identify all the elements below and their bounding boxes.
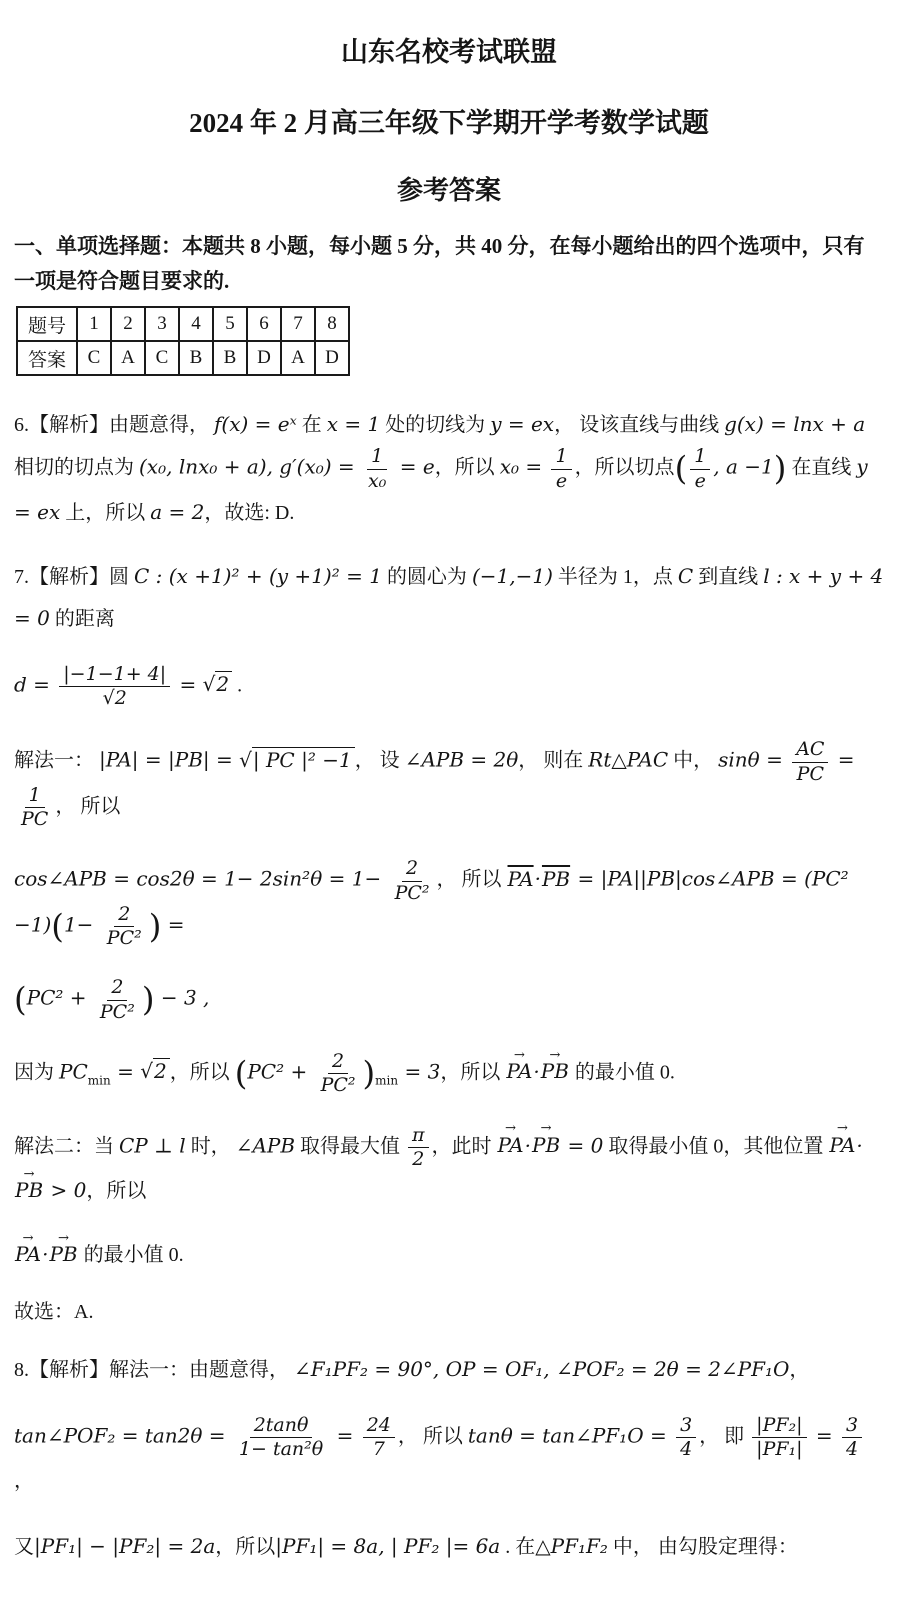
fraction-denominator: e bbox=[691, 470, 710, 492]
math-run: (−1,−1) bbox=[472, 564, 553, 588]
answer-cell: A bbox=[111, 341, 145, 375]
answer-cell: C bbox=[145, 341, 179, 375]
q7-answer-choice: 故选：A. bbox=[14, 1284, 884, 1341]
text-run: 又 bbox=[14, 1536, 34, 1558]
fraction-denominator: PC² bbox=[103, 927, 146, 949]
fraction-numerator: 1 bbox=[551, 446, 571, 469]
text-run: 上，所以 bbox=[60, 502, 150, 524]
text-run: 7.【解析】圆 bbox=[14, 566, 134, 588]
text-run: . 在 bbox=[500, 1536, 535, 1558]
q6-solution: 6.【解析】由题意得， f(x) = eˣ 在 x = 1 处的切线为 y = … bbox=[14, 390, 884, 548]
vector-pb: PB bbox=[542, 867, 570, 891]
fraction: 2PC² bbox=[391, 858, 434, 904]
row-label-answer: 答案 bbox=[17, 341, 77, 375]
math-run: > 0 bbox=[44, 1178, 86, 1202]
text-run: 在直线 bbox=[786, 457, 856, 479]
text-run: 的最小值 0. bbox=[570, 1061, 675, 1083]
text-run: 解法一： bbox=[14, 750, 99, 772]
fraction: 1x₀ bbox=[364, 446, 390, 492]
vector-pa: PA bbox=[498, 1125, 524, 1166]
text-run: 故选：A. bbox=[14, 1301, 93, 1323]
table-row-answers: 答案 C A C B B D A D bbox=[17, 341, 349, 375]
fraction: |−1−1+ 4|√2 bbox=[59, 664, 170, 710]
fraction-denominator: 4 bbox=[842, 1438, 862, 1460]
dot-operator: · bbox=[533, 1059, 539, 1083]
math-run: PC bbox=[59, 1059, 88, 1083]
fraction-denominator: PC bbox=[17, 808, 52, 830]
open-paren: ( bbox=[235, 1055, 248, 1093]
fraction-denominator: x₀ bbox=[364, 470, 390, 492]
subscript-min: min bbox=[88, 1073, 111, 1087]
close-paren: ) bbox=[149, 908, 162, 946]
text-run: ， bbox=[789, 1359, 809, 1381]
math-run: = bbox=[831, 748, 854, 772]
answer-cell: A bbox=[281, 341, 315, 375]
fraction: π2 bbox=[408, 1125, 429, 1171]
question-number: 4 bbox=[179, 307, 213, 341]
text-run: . bbox=[232, 674, 242, 696]
vector-pa: PA bbox=[506, 1051, 532, 1092]
text-run: 的距离 bbox=[50, 608, 115, 630]
fraction-numerator: 2 bbox=[107, 977, 127, 1000]
text-run: 相切的切点为 bbox=[14, 457, 139, 479]
fraction-denominator: √2 bbox=[99, 687, 131, 709]
fraction-numerator: 1 bbox=[367, 446, 387, 469]
q7-method2-line2: PA·PB 的最小值 0. bbox=[14, 1226, 884, 1284]
fraction: |PF₂||PF₁| bbox=[752, 1415, 806, 1461]
fraction-numerator: 3 bbox=[676, 1415, 696, 1438]
fraction: 247 bbox=[363, 1415, 395, 1461]
dot-operator: · bbox=[856, 1133, 862, 1157]
fraction: 34 bbox=[842, 1415, 862, 1461]
math-run: x₀ = bbox=[500, 455, 549, 479]
sqrt: 2 bbox=[203, 664, 232, 705]
answer-table: 题号 1 2 3 4 5 6 7 8 答案 C A C B B D A D bbox=[16, 306, 350, 376]
text-run: 到直线 bbox=[693, 566, 763, 588]
math-run: = 0 bbox=[561, 1133, 603, 1157]
sqrt: | PC |² −1 bbox=[239, 740, 355, 781]
table-row-numbers: 题号 1 2 3 4 5 6 7 8 bbox=[17, 307, 349, 341]
text-run: ， 则在 bbox=[518, 750, 588, 772]
text-run: ，所以 bbox=[170, 1061, 235, 1083]
fraction-numerator: 3 bbox=[842, 1415, 862, 1438]
fraction-denominator: 4 bbox=[676, 1438, 696, 1460]
text-run: 解法二：当 bbox=[14, 1135, 119, 1157]
q7-method1-line3: (PC² + 2PC²) − 3 , bbox=[14, 963, 884, 1037]
fraction-numerator: |−1−1+ 4| bbox=[59, 664, 170, 687]
math-run: = e bbox=[393, 455, 434, 479]
math-run: tanθ = tan∠PF₁O = bbox=[468, 1423, 673, 1447]
text-run: 6.【解析】由题意得， bbox=[14, 414, 214, 436]
fraction-denominator: e bbox=[552, 470, 571, 492]
text-run: 中， 由勾股定理得： bbox=[608, 1536, 798, 1558]
fraction: 34 bbox=[676, 1415, 696, 1461]
text-run: ， 即 bbox=[699, 1425, 749, 1447]
fraction-numerator: 2tanθ bbox=[250, 1415, 313, 1438]
text-run: 时， bbox=[186, 1135, 236, 1157]
sqrt-body: 2 bbox=[153, 1058, 170, 1083]
fraction-denominator: PC² bbox=[96, 1001, 139, 1023]
text-run: 在 bbox=[297, 414, 327, 436]
math-run: , a −1 bbox=[713, 455, 773, 479]
fraction: 2tanθ1− tan²θ bbox=[235, 1415, 327, 1461]
question-number: 5 bbox=[213, 307, 247, 341]
sqrt: 2 bbox=[140, 1051, 169, 1092]
q8-tan-formula: tan∠POF₂ = tan2θ = 2tanθ1− tan²θ = 247， … bbox=[14, 1399, 884, 1518]
fraction-denominator: PC² bbox=[317, 1074, 360, 1096]
vector-pa: PA bbox=[15, 1234, 41, 1275]
answer-cell: B bbox=[213, 341, 247, 375]
text-run: ，故选: D. bbox=[204, 502, 294, 524]
answers-heading: 参考答案 bbox=[14, 140, 884, 221]
question-number: 6 bbox=[247, 307, 281, 341]
text-run: ， 设 bbox=[355, 750, 405, 772]
text-run: ， 所以 bbox=[398, 1425, 468, 1447]
math-run: sinθ = bbox=[718, 748, 789, 772]
dot-operator: · bbox=[535, 867, 541, 891]
math-run: d = bbox=[14, 672, 56, 696]
math-run: a = 2 bbox=[150, 500, 204, 524]
close-paren: ) bbox=[363, 1055, 376, 1093]
q7-solution-intro: 7.【解析】圆 C : (x +1)² + (y +1)² = 1 的圆心为 (… bbox=[14, 548, 884, 648]
math-run: C : (x +1)² + (y +1)² = 1 bbox=[134, 564, 382, 588]
math-run: (x₀, lnx₀ + a), g′(x₀) = bbox=[139, 455, 361, 479]
fraction-numerator: 1 bbox=[25, 785, 45, 808]
fraction-denominator: 1− tan²θ bbox=[235, 1438, 327, 1460]
sqrt-body: | PC |² −1 bbox=[252, 747, 355, 772]
text-run: ， 设该直线与曲线 bbox=[554, 414, 724, 436]
question-number: 3 bbox=[145, 307, 179, 341]
fraction: 2PC² bbox=[103, 904, 146, 950]
fraction: 2PC² bbox=[317, 1051, 360, 1097]
fraction-denominator: PC² bbox=[391, 882, 434, 904]
math-run: x = 1 bbox=[327, 412, 380, 436]
row-label-number: 题号 bbox=[17, 307, 77, 341]
math-run: ∠APB bbox=[236, 1133, 295, 1157]
vector-pb: PB bbox=[15, 1170, 43, 1211]
text-run: 8.【解析】解法一：由题意得， bbox=[14, 1359, 294, 1381]
math-run: |PF₁| − |PF₂| = 2a bbox=[34, 1534, 215, 1558]
fraction-denominator: PC bbox=[793, 763, 828, 785]
fraction: 2PC² bbox=[96, 977, 139, 1023]
text-run: ， bbox=[14, 1470, 34, 1492]
text-run: ，所以 bbox=[86, 1180, 146, 1202]
open-paren: ( bbox=[675, 450, 688, 488]
math-run: = bbox=[173, 672, 202, 696]
text-run: 因为 bbox=[14, 1061, 59, 1083]
math-run: y = ex bbox=[490, 412, 554, 436]
vector-pa: PA bbox=[508, 867, 534, 891]
q7-method1-line4: 因为 PCmin = 2，所以 (PC² + 2PC²)min = 3，所以 P… bbox=[14, 1037, 884, 1111]
math-run: g(x) = lnx + a bbox=[724, 412, 865, 436]
page-title: 山东名校考试联盟 bbox=[14, 20, 884, 69]
text-run: ，所以 bbox=[435, 457, 500, 479]
math-run: = bbox=[111, 1059, 140, 1083]
q7-method1-line1: 解法一： |PA| = |PB| = | PC |² −1， 设 ∠APB = … bbox=[14, 725, 884, 844]
math-run: = bbox=[810, 1423, 839, 1447]
text-run: ，此时 bbox=[432, 1135, 497, 1157]
math-run: f(x) = eˣ bbox=[214, 412, 297, 436]
open-paren: ( bbox=[14, 981, 27, 1019]
math-run: CP ⊥ l bbox=[119, 1133, 186, 1157]
math-run: Rt△PAC bbox=[588, 748, 668, 772]
vector-pa: PA bbox=[829, 1125, 855, 1166]
math-run: PC² + bbox=[27, 986, 93, 1010]
vector-pb: PB bbox=[532, 1125, 560, 1166]
answer-cell: D bbox=[247, 341, 281, 375]
math-run: − 3 , bbox=[154, 986, 209, 1010]
math-run: cos∠APB = cos2θ = 1− 2sin²θ = 1− bbox=[14, 867, 388, 891]
answer-cell: B bbox=[179, 341, 213, 375]
text-run: ，所以 bbox=[440, 1061, 505, 1083]
fraction-denominator: 2 bbox=[408, 1148, 428, 1170]
answer-cell: D bbox=[315, 341, 349, 375]
math-run: |PA| = |PB| = bbox=[99, 748, 239, 772]
math-run: ∠APB = 2θ bbox=[405, 748, 519, 772]
math-run: 1− bbox=[64, 912, 100, 936]
math-run: C bbox=[678, 564, 693, 588]
math-run: tan∠POF₂ = tan2θ = bbox=[14, 1423, 232, 1447]
answer-cell: C bbox=[77, 341, 111, 375]
fraction-numerator: AC bbox=[792, 739, 828, 762]
text-run: 中， bbox=[668, 750, 718, 772]
fraction-numerator: 24 bbox=[363, 1415, 395, 1438]
text-run: 的最小值 0. bbox=[79, 1244, 184, 1266]
text-run: 处的切线为 bbox=[380, 414, 490, 436]
text-run: ，所以 bbox=[215, 1536, 275, 1558]
fraction: 1e bbox=[551, 446, 571, 492]
math-run: △PF₁F₂ bbox=[535, 1534, 608, 1558]
question-number: 1 bbox=[77, 307, 111, 341]
math-run: = bbox=[161, 912, 184, 936]
section-heading: 一、单项选择题：本题共 8 小题，每小题 5 分，共 40 分，在每小题给出的四… bbox=[14, 229, 884, 298]
fraction-numerator: π bbox=[408, 1125, 429, 1148]
text-run: 的圆心为 bbox=[382, 566, 472, 588]
fraction-numerator: 2 bbox=[402, 858, 422, 881]
close-paren: ) bbox=[142, 981, 155, 1019]
text-run: 半径为 1，点 bbox=[553, 566, 678, 588]
dot-operator: · bbox=[525, 1133, 531, 1157]
fraction-numerator: 1 bbox=[690, 446, 710, 469]
q8-pythagoras-line: 又|PF₁| − |PF₂| = 2a，所以|PF₁| = 8a, | PF₂ … bbox=[14, 1518, 884, 1576]
document-page: 山东名校考试联盟 2024 年 2 月高三年级下学期开学考数学试题 参考答案 一… bbox=[0, 0, 900, 1604]
question-number: 2 bbox=[111, 307, 145, 341]
question-number: 8 bbox=[315, 307, 349, 341]
fraction-denominator: |PF₁| bbox=[752, 1438, 806, 1460]
fraction-numerator: 2 bbox=[114, 904, 134, 927]
close-paren: ) bbox=[774, 450, 787, 488]
text-run: ， 所以 bbox=[437, 869, 507, 891]
q7-method2-line1: 解法二：当 CP ⊥ l 时， ∠APB 取得最大值 π2，此时 PA·PB =… bbox=[14, 1111, 884, 1227]
dot-operator: · bbox=[42, 1242, 48, 1266]
fraction-numerator: |PF₂| bbox=[752, 1415, 806, 1438]
fraction: ACPC bbox=[792, 739, 828, 785]
fraction-numerator: 2 bbox=[328, 1051, 348, 1074]
text-run: ， 所以 bbox=[55, 795, 120, 817]
math-run: PC² + bbox=[247, 1059, 313, 1083]
text-run: 取得最大值 bbox=[295, 1135, 405, 1157]
q7-method1-line2: cos∠APB = cos2θ = 1− 2sin²θ = 1− 2PC²， 所… bbox=[14, 844, 884, 963]
math-run: = bbox=[330, 1423, 359, 1447]
fraction: 1PC bbox=[17, 785, 52, 831]
sqrt-body: 2 bbox=[215, 671, 232, 696]
question-number: 7 bbox=[281, 307, 315, 341]
subscript-min: min bbox=[375, 1073, 398, 1087]
vector-pb: PB bbox=[541, 1051, 569, 1092]
q8-solution-intro: 8.【解析】解法一：由题意得， ∠F₁PF₂ = 90°, OP = OF₁, … bbox=[14, 1341, 884, 1399]
fraction: 1e bbox=[690, 446, 710, 492]
math-run: ∠F₁PF₂ = 90°, OP = OF₁, ∠POF₂ = 2θ = 2∠P… bbox=[294, 1357, 789, 1381]
math-run: |PF₁| = 8a, | PF₂ |= 6a bbox=[275, 1534, 500, 1558]
text-run: 取得最小值 0，其他位置 bbox=[603, 1135, 828, 1157]
fraction-denominator: 7 bbox=[369, 1438, 389, 1460]
page-subtitle: 2024 年 2 月高三年级下学期开学考数学试题 bbox=[14, 69, 884, 140]
text-run: ，所以切点 bbox=[575, 457, 675, 479]
vector-pb: PB bbox=[49, 1234, 77, 1275]
open-paren: ( bbox=[51, 908, 64, 946]
math-run: = 3 bbox=[398, 1059, 440, 1083]
q7-distance-formula: d = |−1−1+ 4|√2 = 2 . bbox=[14, 648, 884, 726]
